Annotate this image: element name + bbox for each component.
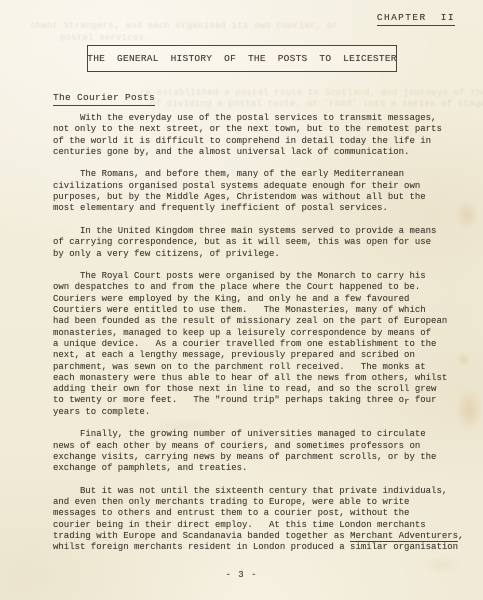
text-line: years to complete. [53, 407, 464, 418]
text-line: of carrying correspondence, but as it wi… [53, 237, 464, 248]
text-line: civilizations organised postal systems a… [53, 181, 464, 192]
text-line: by only a very few citizens, of privileg… [53, 249, 464, 260]
text-line: Courtiers were entitled to use them. The… [53, 305, 464, 316]
bleedthrough-text-line: re-established a postal route to Scotlan… [140, 88, 483, 98]
text-line: and even then only merchants trading to … [53, 497, 464, 508]
text-line: of the world it is difficult to comprehe… [53, 136, 464, 147]
paragraph: But it was not until the sixteenth centu… [53, 486, 464, 554]
text-line: had been founded as the result of missio… [53, 316, 464, 327]
underlined-text: Merchant Adventurers [350, 531, 458, 542]
text-line: whilst foreign merchants resident in Lon… [53, 542, 464, 553]
text-line: adding their own for those next in line … [53, 384, 464, 395]
text-line: trading with Europe and Scandanavia band… [53, 531, 464, 542]
text-line: news of each other by means of couriers,… [53, 441, 464, 452]
document-page: chant Strangers, and each organised its … [0, 0, 483, 600]
bleedthrough-text-line: chant Strangers, and each organised its … [30, 21, 338, 31]
paragraph: The Romans, and before them, many of the… [53, 169, 464, 214]
text-line: The Romans, and before them, many of the… [53, 169, 464, 180]
text-line: The Royal Court posts were organised by … [53, 271, 464, 282]
bleedthrough-text-line: of dividing a postal route, or 'road' in… [150, 99, 483, 109]
body-text: With the everyday use of the postal serv… [53, 113, 464, 554]
section-heading: The Courier Posts [53, 92, 155, 106]
page-title: THE GENERAL HISTORY OF THE POSTS TO LEIC… [87, 53, 396, 64]
page-title-box: THE GENERAL HISTORY OF THE POSTS TO LEIC… [87, 45, 397, 72]
bleedthrough-text-line: postal services. [60, 33, 150, 43]
paragraph: With the everyday use of the postal serv… [53, 113, 464, 158]
text-line: purposes, but by the Middle Ages, Christ… [53, 192, 464, 203]
text-line: courier being in their direct employ. At… [53, 520, 464, 531]
text-line: exchange of pamphlets, and treaties. [53, 463, 464, 474]
text-line: most elementary and frequently inefficie… [53, 203, 464, 214]
text-line: each monastery were thus able to hear of… [53, 373, 464, 384]
text-line: In the United Kingdom three main systems… [53, 226, 464, 237]
page-number: - 3 - [0, 570, 483, 580]
text-line: Couriers were employed by the King, and … [53, 294, 464, 305]
text-line: own despatches to and from the place whe… [53, 282, 464, 293]
text-line: next, at each a lengthy message, previou… [53, 350, 464, 361]
text-line: centuries gone by, and the almost univer… [53, 147, 464, 158]
text-line: Finally, the growing number of universit… [53, 429, 464, 440]
text-line: parchment, was sewn on to the parchment … [53, 362, 464, 373]
chapter-heading: CHAPTER II [377, 12, 455, 26]
paragraph: The Royal Court posts were organised by … [53, 271, 464, 418]
text-line: With the everyday use of the postal serv… [53, 113, 464, 124]
text-line: monasteries, managed to keep up a leisur… [53, 328, 464, 339]
text-line: exchange visits, carrying news by means … [53, 452, 464, 463]
text-line: messages to others and entrust them to a… [53, 508, 464, 519]
text-line: to twenty or more feet. The "round trip"… [53, 395, 464, 406]
text-line: not only to the next street, or the next… [53, 124, 464, 135]
dropped-character: r [404, 397, 409, 407]
text-line: a unique device. As a courier travelled … [53, 339, 464, 350]
text-line: But it was not until the sixteenth centu… [53, 486, 464, 497]
paragraph: In the United Kingdom three main systems… [53, 226, 464, 260]
paragraph: Finally, the growing number of universit… [53, 429, 464, 474]
